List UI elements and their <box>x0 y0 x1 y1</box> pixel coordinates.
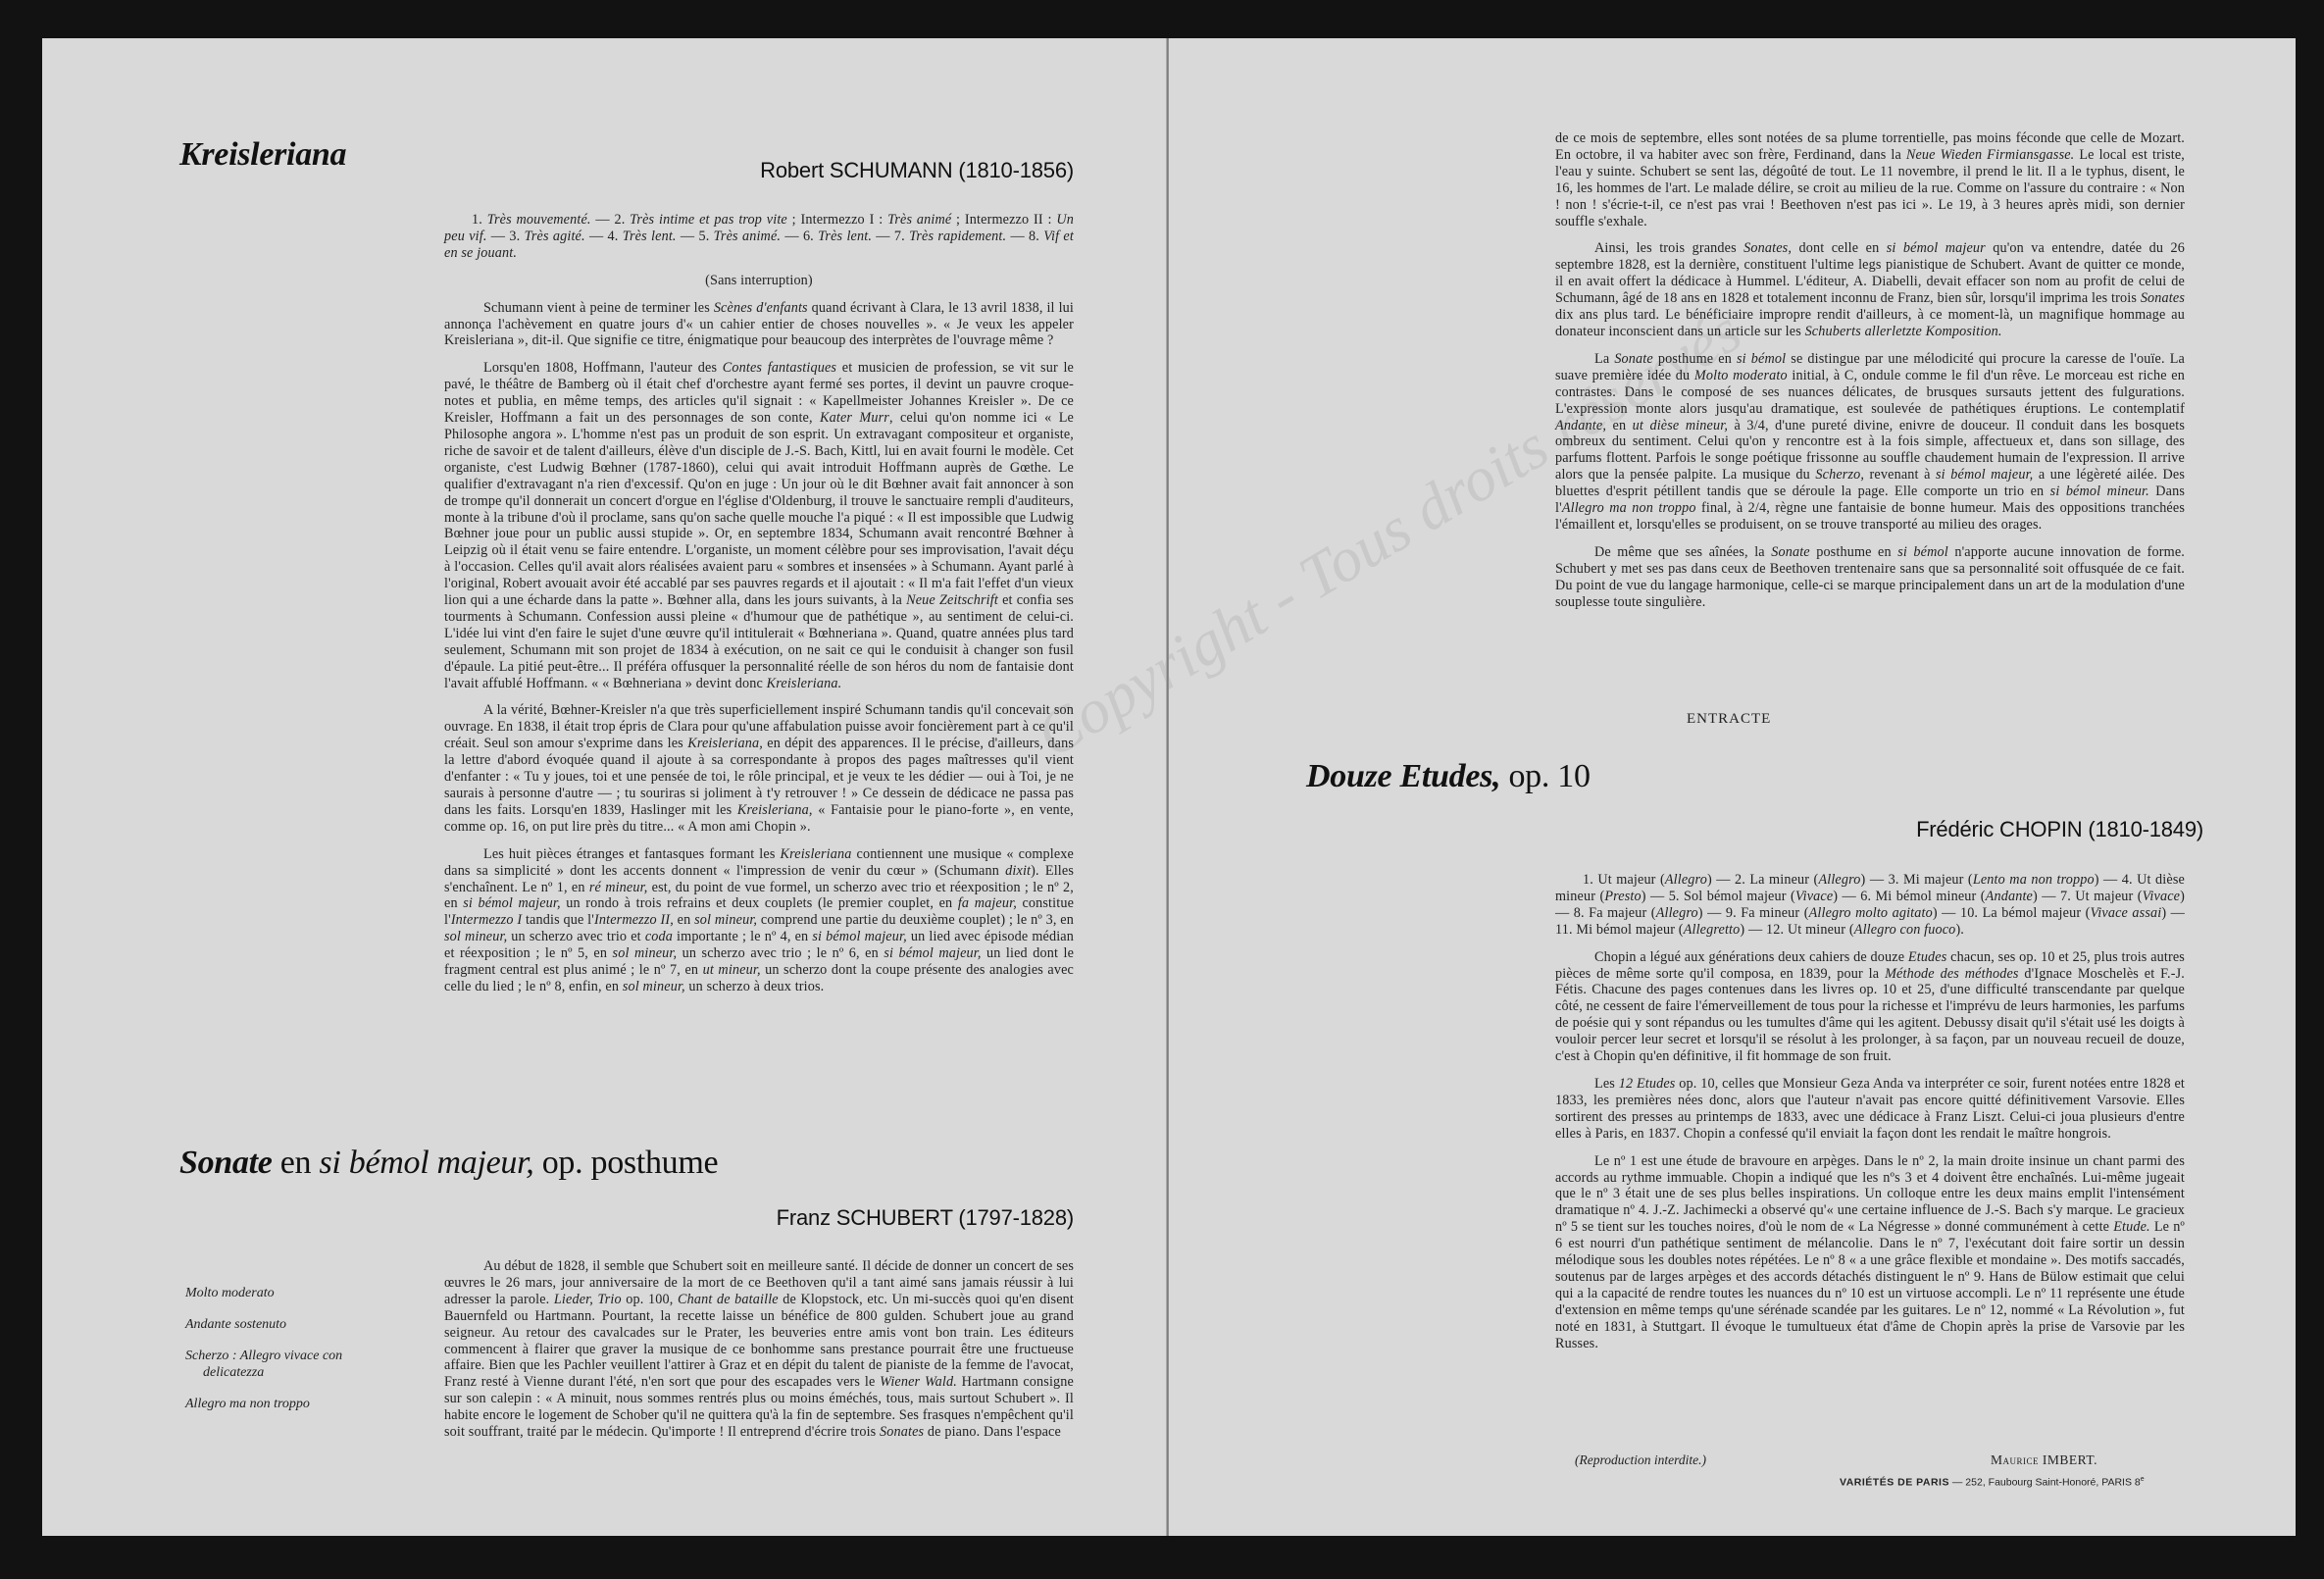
etudes-movements: 1. Ut majeur (Allegro) — 2. La mineur (A… <box>1555 872 2185 939</box>
sonate-title-bold: Sonate <box>179 1145 273 1181</box>
schumann-composer: Robert SCHUMANN (1810-1856) <box>760 158 1074 183</box>
kreisleriana-title: Kreisleriana <box>179 136 346 174</box>
entracte-heading: ENTRACTE <box>1687 711 1771 728</box>
publisher-name: VARIÉTÉS DE PARIS <box>1840 1477 1949 1489</box>
sans-interruption-note: (Sans interruption) <box>444 273 1074 289</box>
sonate-title: Sonate en si bémol majeur, op. posthume <box>179 1145 718 1182</box>
movement-item: Allegro ma non troppo <box>185 1396 421 1412</box>
movement-item: Andante sostenuto <box>185 1316 421 1333</box>
etudes-text-column: 1. Ut majeur (Allegro) — 2. La mineur (A… <box>1555 872 2185 1362</box>
movement-item: Scherzo : Allegro vivace condelicatezza <box>185 1348 421 1381</box>
paragraph: A la vérité, Bœhner-Kreisler n'a que trè… <box>444 702 1074 835</box>
paragraph: Les 12 Etudes op. 10, celles que Monsieu… <box>1555 1076 2185 1143</box>
paragraph: Les huit pièces étranges et fantasques f… <box>444 846 1074 995</box>
movement-item: Molto moderato <box>185 1285 421 1301</box>
paragraph: Schumann vient à peine de terminer les S… <box>444 300 1074 350</box>
schubert-composer: Franz SCHUBERT (1797-1828) <box>777 1205 1074 1231</box>
left-page: Kreisleriana Robert SCHUMANN (1810-1856)… <box>42 38 1166 1536</box>
right-page: de ce mois de septembre, elles sont noté… <box>1169 38 2296 1536</box>
publisher-address: — 252, Faubourg Saint-Honoré, PARIS 8 <box>1949 1477 2141 1489</box>
paragraph: Ainsi, les trois grandes Sonates, dont c… <box>1555 240 2185 339</box>
kreisleriana-paragraphs: Schumann vient à peine de terminer les S… <box>444 300 1074 995</box>
paragraph: Lorsqu'en 1808, Hoffmann, l'auteur des C… <box>444 360 1074 691</box>
kreisleriana-text-column: 1. Très mouvementé. — 2. Très intime et … <box>444 212 1074 1006</box>
reproduction-note: (Reproduction interdite.) <box>1575 1452 1706 1468</box>
sonate-continued-column: de ce mois de septembre, elles sont noté… <box>1555 130 2185 621</box>
sonate-movement-list: Molto moderato Andante sostenuto Scherzo… <box>185 1285 421 1427</box>
publisher-footer: VARIÉTÉS DE PARIS — 252, Faubourg Saint-… <box>1840 1476 2145 1489</box>
program-spread: Copyright - Tous droits réservés Kreisle… <box>42 38 2296 1536</box>
sonate-continued-paragraphs: de ce mois de septembre, elles sont noté… <box>1555 130 2185 610</box>
paragraph: Au début de 1828, il semble que Schubert… <box>444 1258 1074 1441</box>
paragraph: de ce mois de septembre, elles sont noté… <box>1555 130 2185 229</box>
sonate-text-column: Au début de 1828, il semble que Schubert… <box>444 1258 1074 1452</box>
paragraph: Le nº 1 est une étude de bravoure en arp… <box>1555 1153 2185 1352</box>
chopin-composer: Frédéric CHOPIN (1810-1849) <box>1916 817 2203 842</box>
paragraph: Chopin a légué aux générations deux cahi… <box>1555 949 2185 1065</box>
douze-etudes-title: Douze Etudes, op. 10 <box>1306 758 1591 795</box>
etudes-paragraphs: Chopin a légué aux générations deux cahi… <box>1555 949 2185 1352</box>
kreisleriana-movements: 1. Très mouvementé. — 2. Très intime et … <box>444 212 1074 262</box>
paragraph: La Sonate posthume en si bémol se distin… <box>1555 351 2185 534</box>
sonate-paragraphs: Au début de 1828, il semble que Schubert… <box>444 1258 1074 1441</box>
author-signature: Maurice IMBERT. <box>1991 1452 2097 1468</box>
paragraph: De même que ses aînées, la Sonate posthu… <box>1555 544 2185 611</box>
